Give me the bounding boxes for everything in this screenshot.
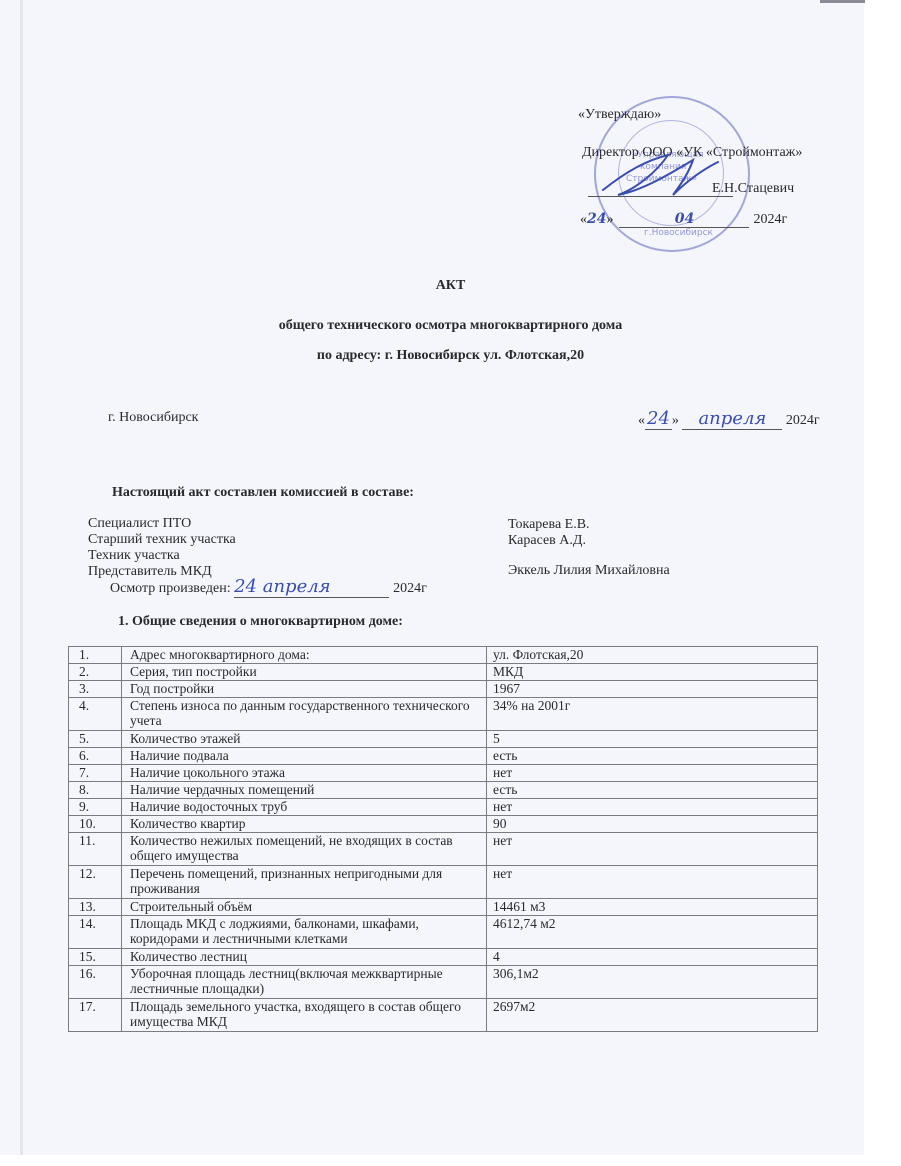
role: Техник участка bbox=[88, 548, 236, 564]
act-date-day: 24 bbox=[647, 408, 670, 429]
row-label: Наличие цокольного этажа bbox=[122, 765, 487, 782]
row-number: 14. bbox=[69, 916, 122, 949]
approval-date-month: 04 bbox=[675, 211, 694, 227]
city: г. Новосибирск bbox=[108, 410, 198, 426]
table-row: 1.Адрес многоквартирного дома:ул. Флотск… bbox=[69, 647, 818, 664]
commission-roles: Специалист ПТО Старший техник участка Те… bbox=[88, 516, 236, 580]
row-number: 10. bbox=[69, 816, 122, 833]
row-number: 6. bbox=[69, 748, 122, 765]
document-subtitle: общего технического осмотра многоквартир… bbox=[0, 318, 901, 334]
table-row: 8.Наличие чердачных помещенийесть bbox=[69, 782, 818, 799]
quote-open: « bbox=[580, 212, 587, 227]
row-value: нет bbox=[487, 765, 818, 782]
row-value: нет bbox=[487, 799, 818, 816]
row-number: 3. bbox=[69, 681, 122, 698]
quote-close: » bbox=[672, 413, 679, 428]
role: Старший техник участка bbox=[88, 532, 236, 548]
row-number: 17. bbox=[69, 999, 122, 1032]
scan-edge-right bbox=[864, 0, 901, 1166]
row-label: Количество квартир bbox=[122, 816, 487, 833]
inspection-date-handwritten: 24 апреля bbox=[234, 576, 331, 597]
row-label: Количество нежилых помещений, не входящи… bbox=[122, 833, 487, 866]
approval-date: «24»042024г bbox=[580, 212, 787, 228]
member-name: Карасев А.Д. bbox=[508, 533, 670, 549]
table-row: 13.Строительный объём14461 м3 bbox=[69, 899, 818, 916]
row-label: Площадь земельного участка, входящего в … bbox=[122, 999, 487, 1032]
row-value: 4612,74 м2 bbox=[487, 916, 818, 949]
row-label: Степень износа по данным государственног… bbox=[122, 698, 487, 731]
row-value: нет bbox=[487, 833, 818, 866]
member-name: Эккель Лилия Михайловна bbox=[508, 563, 670, 579]
row-number: 15. bbox=[69, 949, 122, 966]
row-label: Наличие подвала bbox=[122, 748, 487, 765]
table-row: 10.Количество квартир90 bbox=[69, 816, 818, 833]
row-number: 1. bbox=[69, 647, 122, 664]
row-label: Перечень помещений, признанных непригодн… bbox=[122, 866, 487, 899]
commission-names: Токарева Е.В. Карасев А.Д. Эккель Лилия … bbox=[508, 517, 670, 579]
approval-title: «Утверждаю» bbox=[578, 108, 661, 122]
act-date-year: 2024г bbox=[786, 413, 820, 428]
row-number: 12. bbox=[69, 866, 122, 899]
row-value: 34% на 2001г bbox=[487, 698, 818, 731]
row-number: 5. bbox=[69, 731, 122, 748]
row-label: Год постройки bbox=[122, 681, 487, 698]
row-value: 4 bbox=[487, 949, 818, 966]
row-value: 2697м2 bbox=[487, 999, 818, 1032]
row-value: 90 bbox=[487, 816, 818, 833]
row-value: 14461 м3 bbox=[487, 899, 818, 916]
quote-open: « bbox=[638, 413, 645, 428]
table-row: 15.Количество лестниц4 bbox=[69, 949, 818, 966]
section-title: 1. Общие сведения о многоквартирном доме… bbox=[118, 614, 403, 630]
table-row: 11.Количество нежилых помещений, не вход… bbox=[69, 833, 818, 866]
row-label: Уборочная площадь лестниц(включая межква… bbox=[122, 966, 487, 999]
row-label: Строительный объём bbox=[122, 899, 487, 916]
scan-edge-bottom bbox=[0, 1155, 901, 1166]
scan-edge-left bbox=[20, 0, 23, 1166]
row-value: 306,1м2 bbox=[487, 966, 818, 999]
row-number: 4. bbox=[69, 698, 122, 731]
row-label: Количество лестниц bbox=[122, 949, 487, 966]
row-value: есть bbox=[487, 782, 818, 799]
row-number: 7. bbox=[69, 765, 122, 782]
stamp-text: г.Новосибирск bbox=[644, 228, 713, 238]
building-info-table: 1.Адрес многоквартирного дома:ул. Флотск… bbox=[68, 646, 818, 1032]
row-label: Количество этажей bbox=[122, 731, 487, 748]
act-date: «24» апреля 2024г bbox=[638, 408, 820, 430]
director-signature-icon bbox=[598, 150, 728, 200]
approval-date-year: 2024г bbox=[753, 212, 787, 227]
document-title: АКТ bbox=[0, 278, 901, 294]
row-value: нет bbox=[487, 866, 818, 899]
table-row: 3.Год постройки1967 bbox=[69, 681, 818, 698]
row-value: ул. Флотская,20 bbox=[487, 647, 818, 664]
row-value: 1967 bbox=[487, 681, 818, 698]
table-row: 12.Перечень помещений, признанных неприг… bbox=[69, 866, 818, 899]
act-date-month: апреля bbox=[698, 408, 766, 429]
row-label: Адрес многоквартирного дома: bbox=[122, 647, 487, 664]
table-row: 6.Наличие подвалаесть bbox=[69, 748, 818, 765]
document-address: по адресу: г. Новосибирск ул. Флотская,2… bbox=[0, 348, 901, 364]
scan-corner-mark bbox=[820, 0, 865, 3]
table-row: 17.Площадь земельного участка, входящего… bbox=[69, 999, 818, 1032]
approval-date-month-field: 04 bbox=[619, 212, 749, 228]
row-number: 9. bbox=[69, 799, 122, 816]
row-value: 5 bbox=[487, 731, 818, 748]
row-number: 13. bbox=[69, 899, 122, 916]
approval-date-day: 24 bbox=[587, 211, 606, 227]
inspection-date: Осмотр произведен: 24 апреля2024г bbox=[110, 576, 427, 598]
table-row: 4.Степень износа по данным государственн… bbox=[69, 698, 818, 731]
inspection-label: Осмотр произведен: bbox=[110, 581, 231, 596]
role: Специалист ПТО bbox=[88, 516, 236, 532]
row-number: 16. bbox=[69, 966, 122, 999]
table-row: 14.Площадь МКД с лоджиями, балконами, шк… bbox=[69, 916, 818, 949]
table-row: 7.Наличие цокольного этажанет bbox=[69, 765, 818, 782]
row-label: Наличие чердачных помещений bbox=[122, 782, 487, 799]
row-value: МКД bbox=[487, 664, 818, 681]
table-row: 9.Наличие водосточных трубнет bbox=[69, 799, 818, 816]
row-label: Наличие водосточных труб bbox=[122, 799, 487, 816]
row-number: 8. bbox=[69, 782, 122, 799]
row-value: есть bbox=[487, 748, 818, 765]
row-label: Площадь МКД с лоджиями, балконами, шкафа… bbox=[122, 916, 487, 949]
member-name: Токарева Е.В. bbox=[508, 517, 670, 533]
table-row: 5.Количество этажей5 bbox=[69, 731, 818, 748]
inspection-year: 2024г bbox=[393, 581, 427, 596]
quote-close: » bbox=[606, 212, 613, 227]
row-number: 2. bbox=[69, 664, 122, 681]
table-row: 16.Уборочная площадь лестниц(включая меж… bbox=[69, 966, 818, 999]
table-row: 2.Серия, тип постройкиМКД bbox=[69, 664, 818, 681]
row-label: Серия, тип постройки bbox=[122, 664, 487, 681]
row-number: 11. bbox=[69, 833, 122, 866]
scanned-page: «Управляющая компания Строймонтаж» г.Нов… bbox=[0, 0, 901, 1166]
commission-title: Настоящий акт составлен комиссией в сост… bbox=[112, 485, 414, 501]
